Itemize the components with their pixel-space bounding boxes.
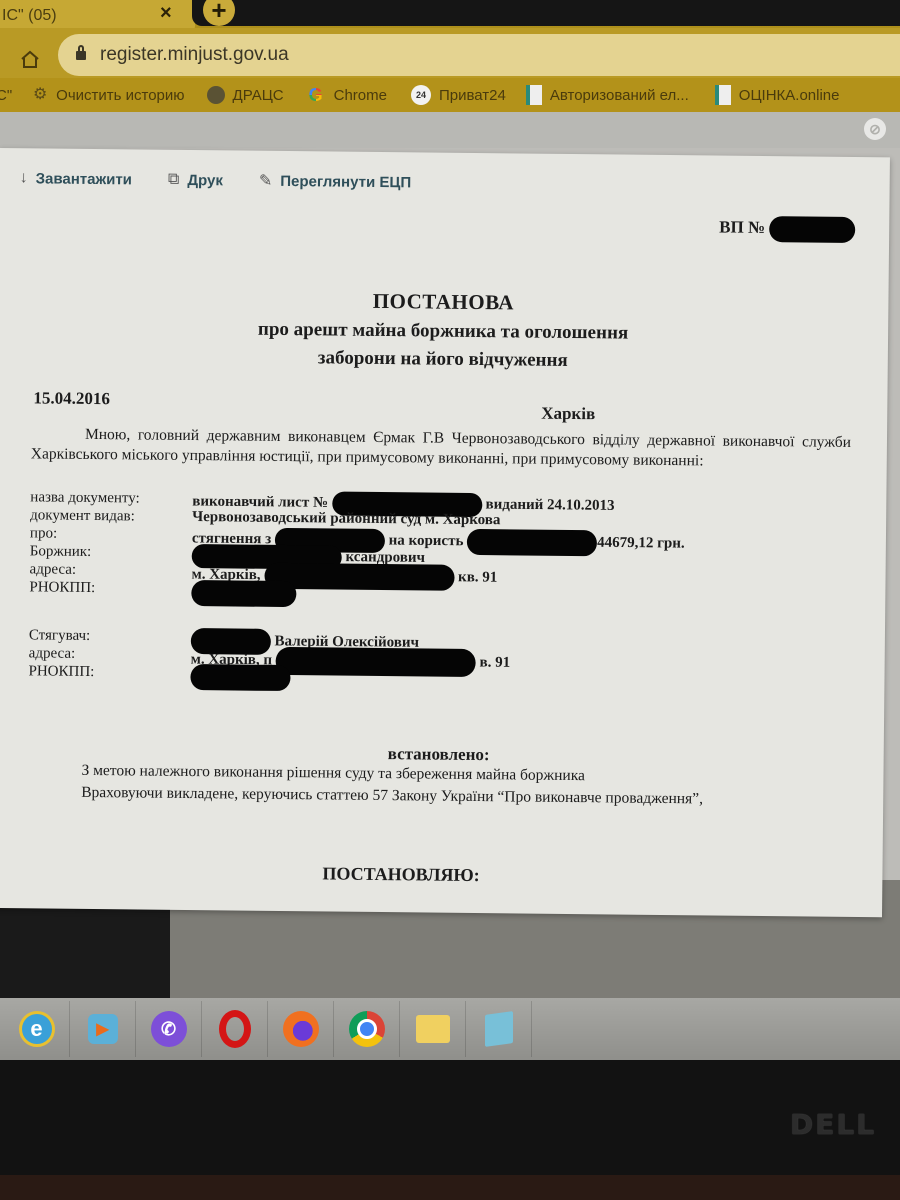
chrome-icon (349, 1011, 385, 1047)
bookmark-chrome[interactable]: G Chrome (306, 85, 387, 105)
resolve-heading: ПОСТАНОВЛЯЮ: (322, 863, 480, 886)
globe-icon (207, 86, 225, 104)
firefox-icon (283, 1011, 319, 1047)
lock-icon[interactable] (76, 49, 86, 61)
bookmark-privat24[interactable]: 24 Приват24 (411, 85, 506, 105)
document-icon (715, 85, 731, 105)
bookmark-label: Chrome (334, 87, 387, 104)
print-icon: ⧉ (168, 171, 180, 189)
document-page: ↓ Завантажити ⧉ Друк ✎ Переглянути ЕЦП В… (0, 148, 890, 917)
document-icon (526, 85, 542, 105)
bookmark-authorized[interactable]: Авторизований ел... (526, 85, 689, 105)
close-viewer-icon[interactable]: ⊘ (864, 118, 886, 140)
bookmark-dracs[interactable]: ДРАЦС (207, 86, 284, 104)
field-value: Валерій Олексійович (191, 628, 419, 648)
redaction (769, 216, 855, 243)
taskbar-notepad[interactable] (466, 1001, 532, 1057)
view-signature-button[interactable]: ✎ Переглянути ЕЦП (259, 171, 411, 193)
field-label: Боржник: (30, 542, 192, 562)
edit-icon: ✎ (259, 171, 273, 191)
bookmark-label: Авторизований ел... (550, 87, 689, 104)
viber-icon: ✆ (151, 1011, 187, 1047)
viewer-header (0, 112, 900, 148)
document-subtitle-line1: про арешт майна боржника та оголошення (0, 316, 888, 347)
monitor-brand-logo: DELL (790, 1108, 876, 1141)
document-subtitle-line2: заборони на його відчуження (0, 344, 888, 375)
privat24-icon: 24 (411, 85, 431, 105)
bookmark-otsinka[interactable]: ОЦІНКА.online (715, 85, 840, 105)
desk (0, 1175, 900, 1200)
document-date: 15.04.2016 (33, 388, 110, 409)
taskbar-file-explorer[interactable] (400, 1001, 466, 1057)
debtor-fields: назва документу: виконавчий лист № видан… (28, 488, 685, 687)
taskbar-media-player[interactable]: ▶ (70, 1001, 136, 1057)
field-label: про: (30, 524, 192, 544)
document-actions: ↓ Завантажити ⧉ Друк ✎ Переглянути ЕЦП (20, 168, 412, 192)
address-bar[interactable]: register.minjust.gov.ua (58, 34, 900, 76)
folder-icon (416, 1015, 450, 1043)
url-text[interactable]: register.minjust.gov.ua (100, 44, 289, 66)
bookmark-label: ОЦІНКА.online (739, 87, 840, 104)
bookmarks-bar: С" ⚙ Очистить историю ДРАЦС G Chrome 24 … (0, 78, 900, 112)
gear-icon: ⚙ (32, 87, 48, 103)
document-city: Харків (541, 404, 595, 425)
notepad-icon (485, 1011, 513, 1047)
bookmark-label: ДРАЦС (233, 87, 284, 104)
field-value (190, 664, 290, 683)
media-player-icon: ▶ (88, 1014, 118, 1044)
taskbar-internet-explorer[interactable]: e (4, 1001, 70, 1057)
field-value (191, 580, 296, 599)
download-button[interactable]: ↓ Завантажити (20, 168, 132, 189)
print-label: Друк (187, 171, 223, 188)
google-icon: G (306, 85, 326, 105)
bookmark-partial[interactable]: С" (0, 87, 12, 104)
internet-explorer-icon: e (19, 1011, 55, 1047)
download-icon: ↓ (20, 169, 28, 187)
tab-title: ІС" (05) (2, 7, 57, 25)
field-label: адреса: (29, 560, 191, 580)
field-label: Стягувач: (29, 626, 191, 646)
close-tab-icon[interactable]: × (160, 2, 172, 25)
tab-strip-empty (192, 0, 900, 26)
field-label: РНОКПП: (29, 578, 191, 598)
taskbar: e ▶ ✆ (0, 998, 900, 1060)
print-button[interactable]: ⧉ Друк (168, 170, 223, 191)
view-signature-label: Переглянути ЕЦП (280, 172, 411, 190)
bookmark-clear-history[interactable]: ⚙ Очистить историю (32, 87, 184, 104)
vp-label: ВП № (719, 217, 765, 236)
bookmark-label: С" (0, 87, 12, 104)
enforcement-number: ВП № (719, 216, 855, 243)
bookmark-label: Очистить историю (56, 87, 184, 104)
taskbar-opera[interactable] (202, 1001, 268, 1057)
field-label: документ видав: (30, 506, 192, 526)
opera-icon (219, 1010, 251, 1048)
field-label: адреса: (29, 644, 191, 664)
home-icon[interactable] (20, 50, 40, 68)
document-title: ПОСТАНОВА (0, 285, 889, 319)
download-label: Завантажити (36, 170, 132, 188)
bookmark-label: Приват24 (439, 87, 506, 104)
field-label: РНОКПП: (28, 662, 190, 682)
taskbar-firefox[interactable] (268, 1001, 334, 1057)
taskbar-viber[interactable]: ✆ (136, 1001, 202, 1057)
intro-paragraph: Мною, головний державним виконавцем Єрма… (31, 424, 851, 473)
taskbar-chrome[interactable] (334, 1001, 400, 1057)
field-label: назва документу: (30, 488, 192, 508)
